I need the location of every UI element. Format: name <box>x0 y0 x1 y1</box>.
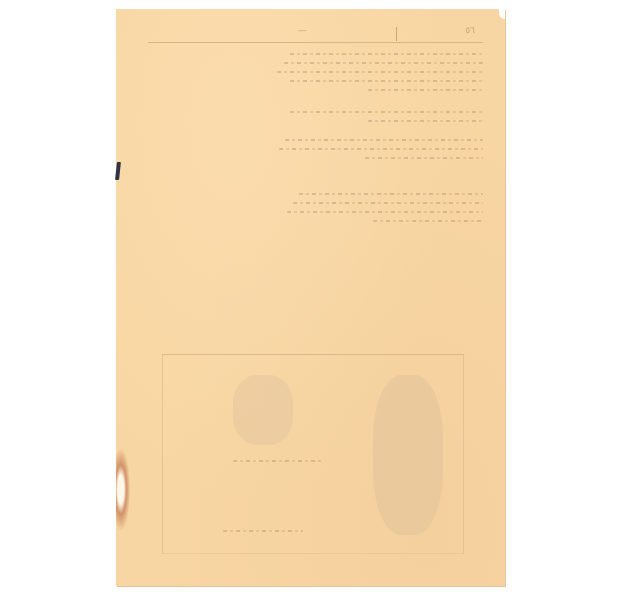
text-line <box>368 89 484 91</box>
text-line <box>299 193 483 195</box>
text-line <box>279 148 483 150</box>
text-line <box>293 202 483 204</box>
text-line <box>368 120 484 122</box>
running-title: — <box>298 26 308 36</box>
text-line <box>277 71 483 73</box>
paragraph-3 <box>268 139 483 166</box>
figure-caption <box>233 460 323 469</box>
caption-line <box>223 530 303 532</box>
text-line <box>287 211 483 213</box>
header-divider <box>396 27 397 41</box>
text-line <box>285 139 483 141</box>
figure-caption-2 <box>223 530 303 539</box>
caption-line <box>233 460 323 462</box>
document-page: — ٥٦ <box>116 9 505 586</box>
text-line <box>373 220 483 222</box>
page-header: — ٥٦ <box>148 23 483 43</box>
header-rule <box>148 42 483 43</box>
text-line <box>290 111 483 113</box>
paragraph-2 <box>273 111 483 129</box>
figure-portrait-left <box>233 375 293 445</box>
figure-frame <box>162 354 464 554</box>
text-line <box>365 157 483 159</box>
page-number: ٥٦ <box>465 26 475 36</box>
text-line <box>284 62 484 64</box>
paragraph-1 <box>273 53 483 98</box>
paper-tear <box>116 440 132 530</box>
paragraph-4 <box>283 193 483 229</box>
text-line <box>290 80 483 82</box>
text-line <box>290 53 483 55</box>
figure-portrait-right <box>373 375 443 535</box>
